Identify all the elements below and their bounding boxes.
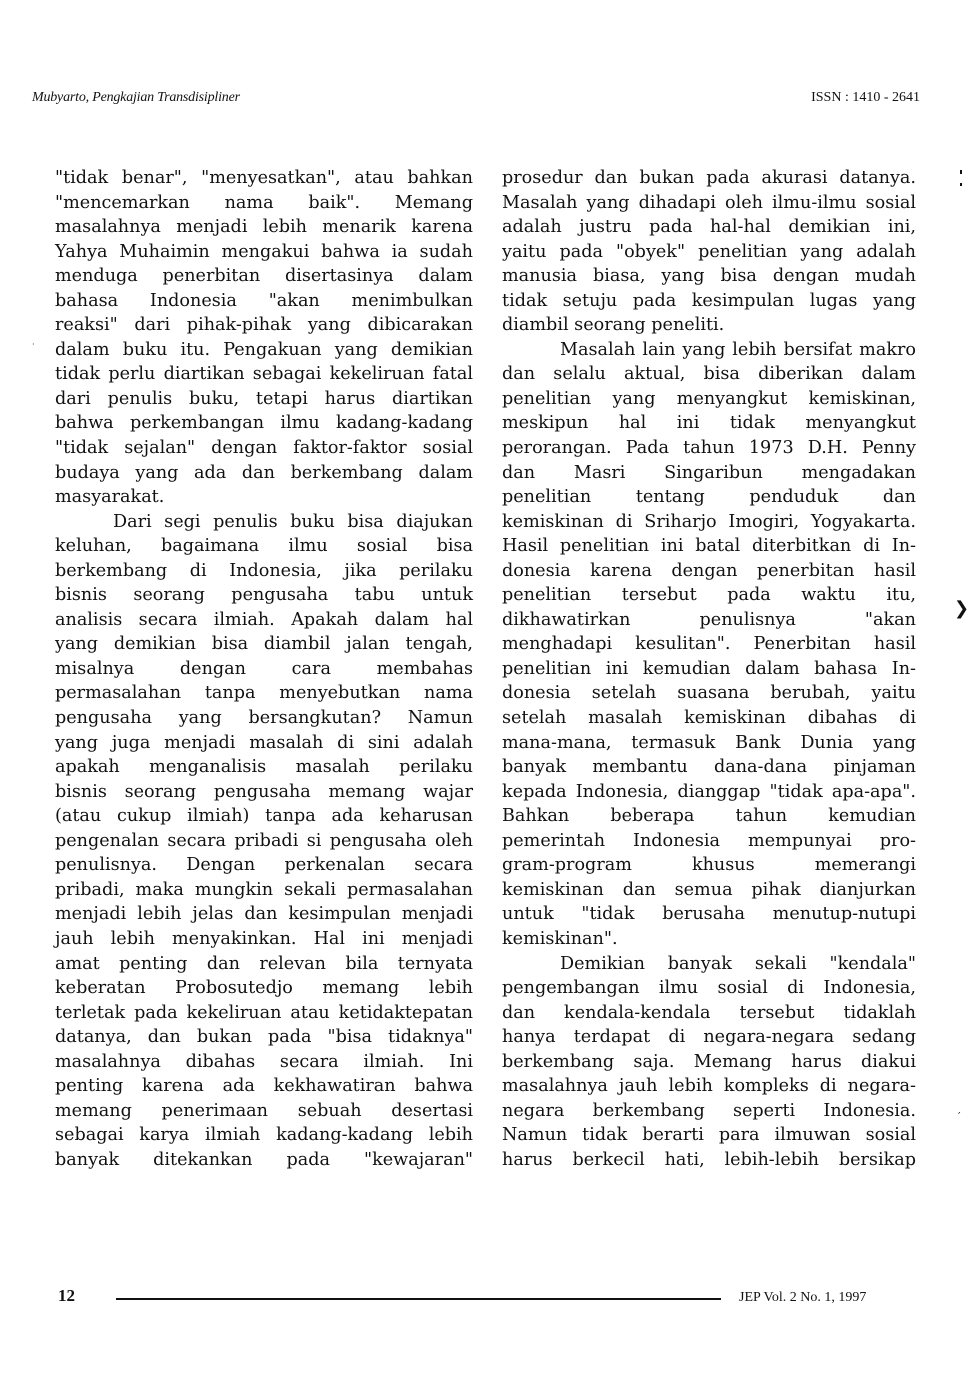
text-line: kepada Indonesia, dianggap "tidak apa-ap…: [502, 780, 916, 805]
text-line: negara berkembang seperti Indonesia.: [502, 1099, 916, 1124]
text-line: mana-mana, termasuk Bank Dunia yang: [502, 731, 916, 756]
text-line: yaitu pada "obyek" penelitian yang adala…: [502, 240, 916, 265]
text-line: Yahya Muhaimin mengakui bahwa ia sudah: [55, 240, 473, 265]
right-column: prosedur dan bukan pada akurasi datanya.…: [502, 166, 916, 1172]
text-line: pengenalan secara pribadi si pengusaha o…: [55, 829, 473, 854]
text-line: keberatan Probosutedjo memang lebih: [55, 976, 473, 1001]
text-line: berkembang di Indonesia, jika perilaku: [55, 559, 473, 584]
text-line: masalahnya dibahas secara ilmiah. Ini: [55, 1050, 473, 1075]
text-line: pengembangan ilmu sosial di Indonesia,: [502, 976, 916, 1001]
text-line: donesia karena dengan penerbitan hasil: [502, 559, 916, 584]
text-line: menduga penerbitan disertasinya dalam: [55, 264, 473, 289]
text-line: pribadi, maka mungkin sekali permasalaha…: [55, 878, 473, 903]
text-line: keluhan, bagaimana ilmu sosial bisa: [55, 534, 473, 559]
text-line: harus berkecil hati, lebih-lebih bersika…: [502, 1148, 916, 1173]
text-line: gram-program khusus memerangi: [502, 853, 916, 878]
text-line: dalam buku itu. Pengakuan yang demikian: [55, 338, 473, 363]
scan-artifact-tick-icon: ′: [958, 1110, 961, 1123]
text-line: dan selalu aktual, bisa diberikan dalam: [502, 362, 916, 387]
text-line: bahasa Indonesia "akan menimbulkan: [55, 289, 473, 314]
text-line: pemerintah Indonesia mempunyai pro-: [502, 829, 916, 854]
text-line: sebagai karya ilmiah kadang-kadang lebih: [55, 1123, 473, 1148]
text-line: datanya, dan bukan pada "bisa tidaknya": [55, 1025, 473, 1050]
text-line: analisis secara ilmiah. Apakah dalam hal: [55, 608, 473, 633]
text-line: penelitian ini kemudian dalam bahasa In-: [502, 657, 916, 682]
text-line: bisnis seorang pengusaha tabu untuk: [55, 583, 473, 608]
text-line: dan kendala-kendala tersebut tidaklah: [502, 1001, 916, 1026]
page-number: 12: [58, 1286, 116, 1306]
text-line: banyak ditekankan pada "kewajaran": [55, 1148, 473, 1173]
text-line: dan Masri Singaribun mengadakan: [502, 461, 916, 486]
text-line: bahwa perkembangan ilmu kadang-kadang: [55, 411, 473, 436]
left-column: "tidak benar", "menyesatkan", atau bahka…: [55, 166, 473, 1172]
scan-artifact-mark: [960, 170, 962, 174]
text-line: "tidak benar", "menyesatkan", atau bahka…: [55, 166, 473, 191]
text-line: untuk "tidak berusaha menutup-nutupi: [502, 902, 916, 927]
text-line: dikhawatirkan penulisnya "akan: [502, 608, 916, 633]
running-header: Mubyarto, Pengkajian Transdisipliner ISS…: [32, 90, 920, 114]
text-line: berkembang saja. Memang harus diakui: [502, 1050, 916, 1075]
text-line: kemiskinan".: [502, 927, 916, 952]
scan-artifact-dot-icon: ·: [32, 340, 35, 349]
journal-citation: JEP Vol. 2 No. 1, 1997: [739, 1290, 866, 1306]
text-line: reaksi" dari pihak-pihak yang dibicaraka…: [55, 313, 473, 338]
text-line: Bahkan beberapa tahun kemudian: [502, 804, 916, 829]
text-line: apakah menganalisis masalah perilaku: [55, 755, 473, 780]
text-line: Masalah yang dihadapi oleh ilmu-ilmu sos…: [502, 191, 916, 216]
text-line: yang juga menjadi masalah di sini adalah: [55, 731, 473, 756]
page-footer: 12 JEP Vol. 2 No. 1, 1997: [58, 1284, 918, 1308]
paragraph-start-line: Demikian banyak sekali "kendala": [502, 952, 916, 977]
running-title: Mubyarto, Pengkajian Transdisipliner: [32, 90, 240, 106]
text-line: masalahnya jauh lebih kompleks di negara…: [502, 1074, 916, 1099]
text-line: terletak pada kekeliruan atau ketidaktep…: [55, 1001, 473, 1026]
text-line: Hasil penelitian ini batal diterbitkan d…: [502, 534, 916, 559]
text-line: (atau cukup ilmiah) tanpa ada keharusan: [55, 804, 473, 829]
text-line: tidak setuju pada kesimpulan lugas yang: [502, 289, 916, 314]
text-line: dari penulis buku, tetapi harus diartika…: [55, 387, 473, 412]
paragraph-start-line: Masalah lain yang lebih bersifat makro: [502, 338, 916, 363]
text-line: "tidak sejalan" dengan faktor-faktor sos…: [55, 436, 473, 461]
text-line: penelitian tersebut pada waktu itu,: [502, 583, 916, 608]
text-line: diambil seorang peneliti.: [502, 313, 916, 338]
text-line: banyak membantu dana-dana pinjaman: [502, 755, 916, 780]
text-line: pengusaha yang bersangkutan? Namun: [55, 706, 473, 731]
text-line: menghadapi kesulitan". Penerbitan hasil: [502, 632, 916, 657]
text-line: prosedur dan bukan pada akurasi datanya.: [502, 166, 916, 191]
text-line: donesia setelah suasana berubah, yaitu: [502, 681, 916, 706]
text-line: bisnis seorang pengusaha memang wajar: [55, 780, 473, 805]
text-line: meskipun hal ini tidak menyangkut: [502, 411, 916, 436]
text-line: masalahnya menjadi lebih menarik karena: [55, 215, 473, 240]
text-line: memang penerimaan sebuah desertasi: [55, 1099, 473, 1124]
text-line: Namun tidak berarti para ilmuwan sosial: [502, 1123, 916, 1148]
text-line: tidak perlu diartikan sebagai kekeliruan…: [55, 362, 473, 387]
text-line: menjadi lebih jelas dan kesimpulan menja…: [55, 902, 473, 927]
text-line: setelah masalah kemiskinan dibahas di: [502, 706, 916, 731]
paragraph-start-line: Dari segi penulis buku bisa diajukan: [55, 510, 473, 535]
footer-rule: [116, 1298, 721, 1300]
text-line: budaya yang ada dan berkembang dalam: [55, 461, 473, 486]
text-line: hanya terdapat di negara-negara sedang: [502, 1025, 916, 1050]
scan-artifact-chevron-icon: ❯: [954, 598, 969, 619]
text-line: misalnya dengan cara membahas: [55, 657, 473, 682]
text-line: jauh lebih menyakinkan. Hal ini menjadi: [55, 927, 473, 952]
text-line: penulisnya. Dengan perkenalan secara: [55, 853, 473, 878]
text-line: kemiskinan di Sriharjo Imogiri, Yogyakar…: [502, 510, 916, 535]
text-line: perorangan. Pada tahun 1973 D.H. Penny: [502, 436, 916, 461]
text-line: adalah justru pada hal-hal demikian ini,: [502, 215, 916, 240]
text-line: penelitian yang menyangkut kemiskinan,: [502, 387, 916, 412]
text-line: penting karena ada kekhawatiran bahwa: [55, 1074, 473, 1099]
text-line: kemiskinan dan semua pihak dianjurkan: [502, 878, 916, 903]
issn-label: ISSN : 1410 - 2641: [811, 90, 920, 106]
text-line: penelitian tentang penduduk dan: [502, 485, 916, 510]
text-line: yang demikian bisa diambil jalan tengah,: [55, 632, 473, 657]
text-line: manusia biasa, yang bisa dengan mudah: [502, 264, 916, 289]
text-line: permasalahan tanpa menyebutkan nama: [55, 681, 473, 706]
text-line: amat penting dan relevan bila ternyata: [55, 952, 473, 977]
text-line: "mencemarkan nama baik". Memang: [55, 191, 473, 216]
text-line: masyarakat.: [55, 485, 473, 510]
scan-artifact-mark: [960, 183, 962, 186]
